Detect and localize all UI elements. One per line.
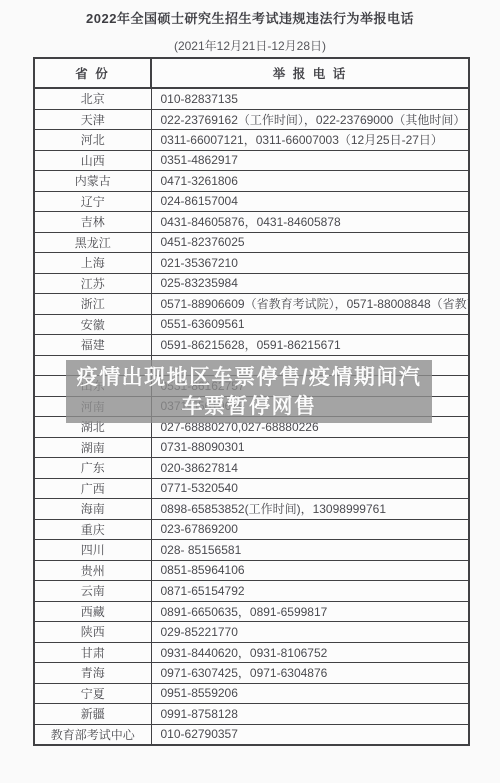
table-row: 重庆023-67869200 [34,519,469,540]
table-row: 福建0591-86215628，0591-86215671 [34,335,469,356]
phone-cell: 010-82837135 [151,88,469,109]
phone-cell: 0991-8758128 [151,704,469,725]
table-row: 河北0311-66007121，0311-66007003（12月25日-27日… [34,130,469,151]
watermark-text-line-1: 疫情出现地区车票停售/疫情期间汽 [77,363,422,392]
table-row: 四川028- 85156581 [34,540,469,561]
phone-cell: 0571-88906609（省教育考试院），0571-88008848（省教育厅… [151,294,469,315]
province-cell: 新疆 [34,704,151,725]
table-row: 广东020-38627814 [34,458,469,479]
col-header-phone: 举 报 电 话 [151,58,469,88]
province-cell: 教育部考试中心 [34,724,151,745]
table-row: 天津022-23769162（工作时间），022-23769000（其他时间） [34,109,469,130]
phone-cell: 0471-3261806 [151,171,469,192]
table-row: 湖南0731-88090301 [34,437,469,458]
province-cell: 四川 [34,540,151,561]
province-cell: 北京 [34,88,151,109]
phone-cell: 0771-5320540 [151,478,469,499]
phone-cell: 0898-65853852(工作时间)，13098999761 [151,499,469,520]
phone-cell: 0451-82376025 [151,232,469,253]
province-cell: 辽宁 [34,191,151,212]
province-cell: 吉林 [34,212,151,233]
watermark-overlay: 疫情出现地区车票停售/疫情期间汽 车票暂停网售 [66,360,432,423]
province-cell: 上海 [34,253,151,274]
phone-cell: 025-83235984 [151,273,469,294]
province-cell: 山西 [34,150,151,171]
province-cell: 江苏 [34,273,151,294]
province-cell: 西藏 [34,601,151,622]
province-cell: 贵州 [34,560,151,581]
phone-cell: 0971-6307425，0971-6304876 [151,663,469,684]
table-header-row: 省 份 举 报 电 话 [34,58,469,88]
province-cell: 浙江 [34,294,151,315]
phone-cell: 0891-6650635，0891-6599817 [151,601,469,622]
phone-cell: 023-67869200 [151,519,469,540]
page-title: 2022年全国硕士研究生招生考试违规违法行为举报电话 [0,0,500,27]
phone-cell: 0931-8440620，0931-8106752 [151,642,469,663]
table-row: 吉林0431-84605876，0431-84605878 [34,212,469,233]
table-row: 安徽0551-63609561 [34,314,469,335]
table-row: 甘肃0931-8440620，0931-8106752 [34,642,469,663]
table-row: 西藏0891-6650635，0891-6599817 [34,601,469,622]
province-cell: 广东 [34,458,151,479]
province-cell: 海南 [34,499,151,520]
table-row: 贵州0851-85964106 [34,560,469,581]
phone-cell: 0951-8559206 [151,683,469,704]
phone-cell: 022-23769162（工作时间），022-23769000（其他时间） [151,109,469,130]
province-cell: 河北 [34,130,151,151]
province-cell: 宁夏 [34,683,151,704]
province-cell: 青海 [34,663,151,684]
phone-cell: 0731-88090301 [151,437,469,458]
table-row: 宁夏0951-8559206 [34,683,469,704]
phone-cell: 0591-86215628，0591-86215671 [151,335,469,356]
table-row: 海南0898-65853852(工作时间)，13098999761 [34,499,469,520]
table-row: 内蒙古0471-3261806 [34,171,469,192]
phone-cell: 0871-65154792 [151,581,469,602]
phone-cell: 010-62790357 [151,724,469,745]
phone-cell: 029-85221770 [151,622,469,643]
province-cell: 甘肃 [34,642,151,663]
phone-cell: 024-86157004 [151,191,469,212]
watermark-text-line-2: 车票暂停网售 [182,392,317,421]
page-subtitle: (2021年12月21日-12月28日) [0,37,500,54]
table-row: 云南0871-65154792 [34,581,469,602]
province-cell: 重庆 [34,519,151,540]
phone-cell: 0851-85964106 [151,560,469,581]
table-row: 江苏025-83235984 [34,273,469,294]
province-cell: 黑龙江 [34,232,151,253]
phone-cell: 0551-63609561 [151,314,469,335]
province-cell: 安徽 [34,314,151,335]
table-row: 黑龙江0451-82376025 [34,232,469,253]
province-cell: 陕西 [34,622,151,643]
table-row: 上海021-35367210 [34,253,469,274]
table-row: 广西0771-5320540 [34,478,469,499]
province-cell: 福建 [34,335,151,356]
table-row: 教育部考试中心010-62790357 [34,724,469,745]
table-row: 青海0971-6307425，0971-6304876 [34,663,469,684]
province-cell: 云南 [34,581,151,602]
table-row: 山西0351-4862917 [34,150,469,171]
table-row: 辽宁024-86157004 [34,191,469,212]
table-row: 陕西029-85221770 [34,622,469,643]
province-cell: 天津 [34,109,151,130]
phone-cell: 021-35367210 [151,253,469,274]
phone-cell: 028- 85156581 [151,540,469,561]
province-cell: 广西 [34,478,151,499]
phone-cell: 0351-4862917 [151,150,469,171]
table-row: 浙江0571-88906609（省教育考试院），0571-88008848（省教… [34,294,469,315]
table-row: 北京010-82837135 [34,88,469,109]
phone-cell: 0311-66007121，0311-66007003（12月25日-27日） [151,130,469,151]
col-header-province: 省 份 [34,58,151,88]
province-cell: 内蒙古 [34,171,151,192]
phone-cell: 0431-84605876，0431-84605878 [151,212,469,233]
province-cell: 湖南 [34,437,151,458]
table-row: 新疆0991-8758128 [34,704,469,725]
phone-cell: 020-38627814 [151,458,469,479]
